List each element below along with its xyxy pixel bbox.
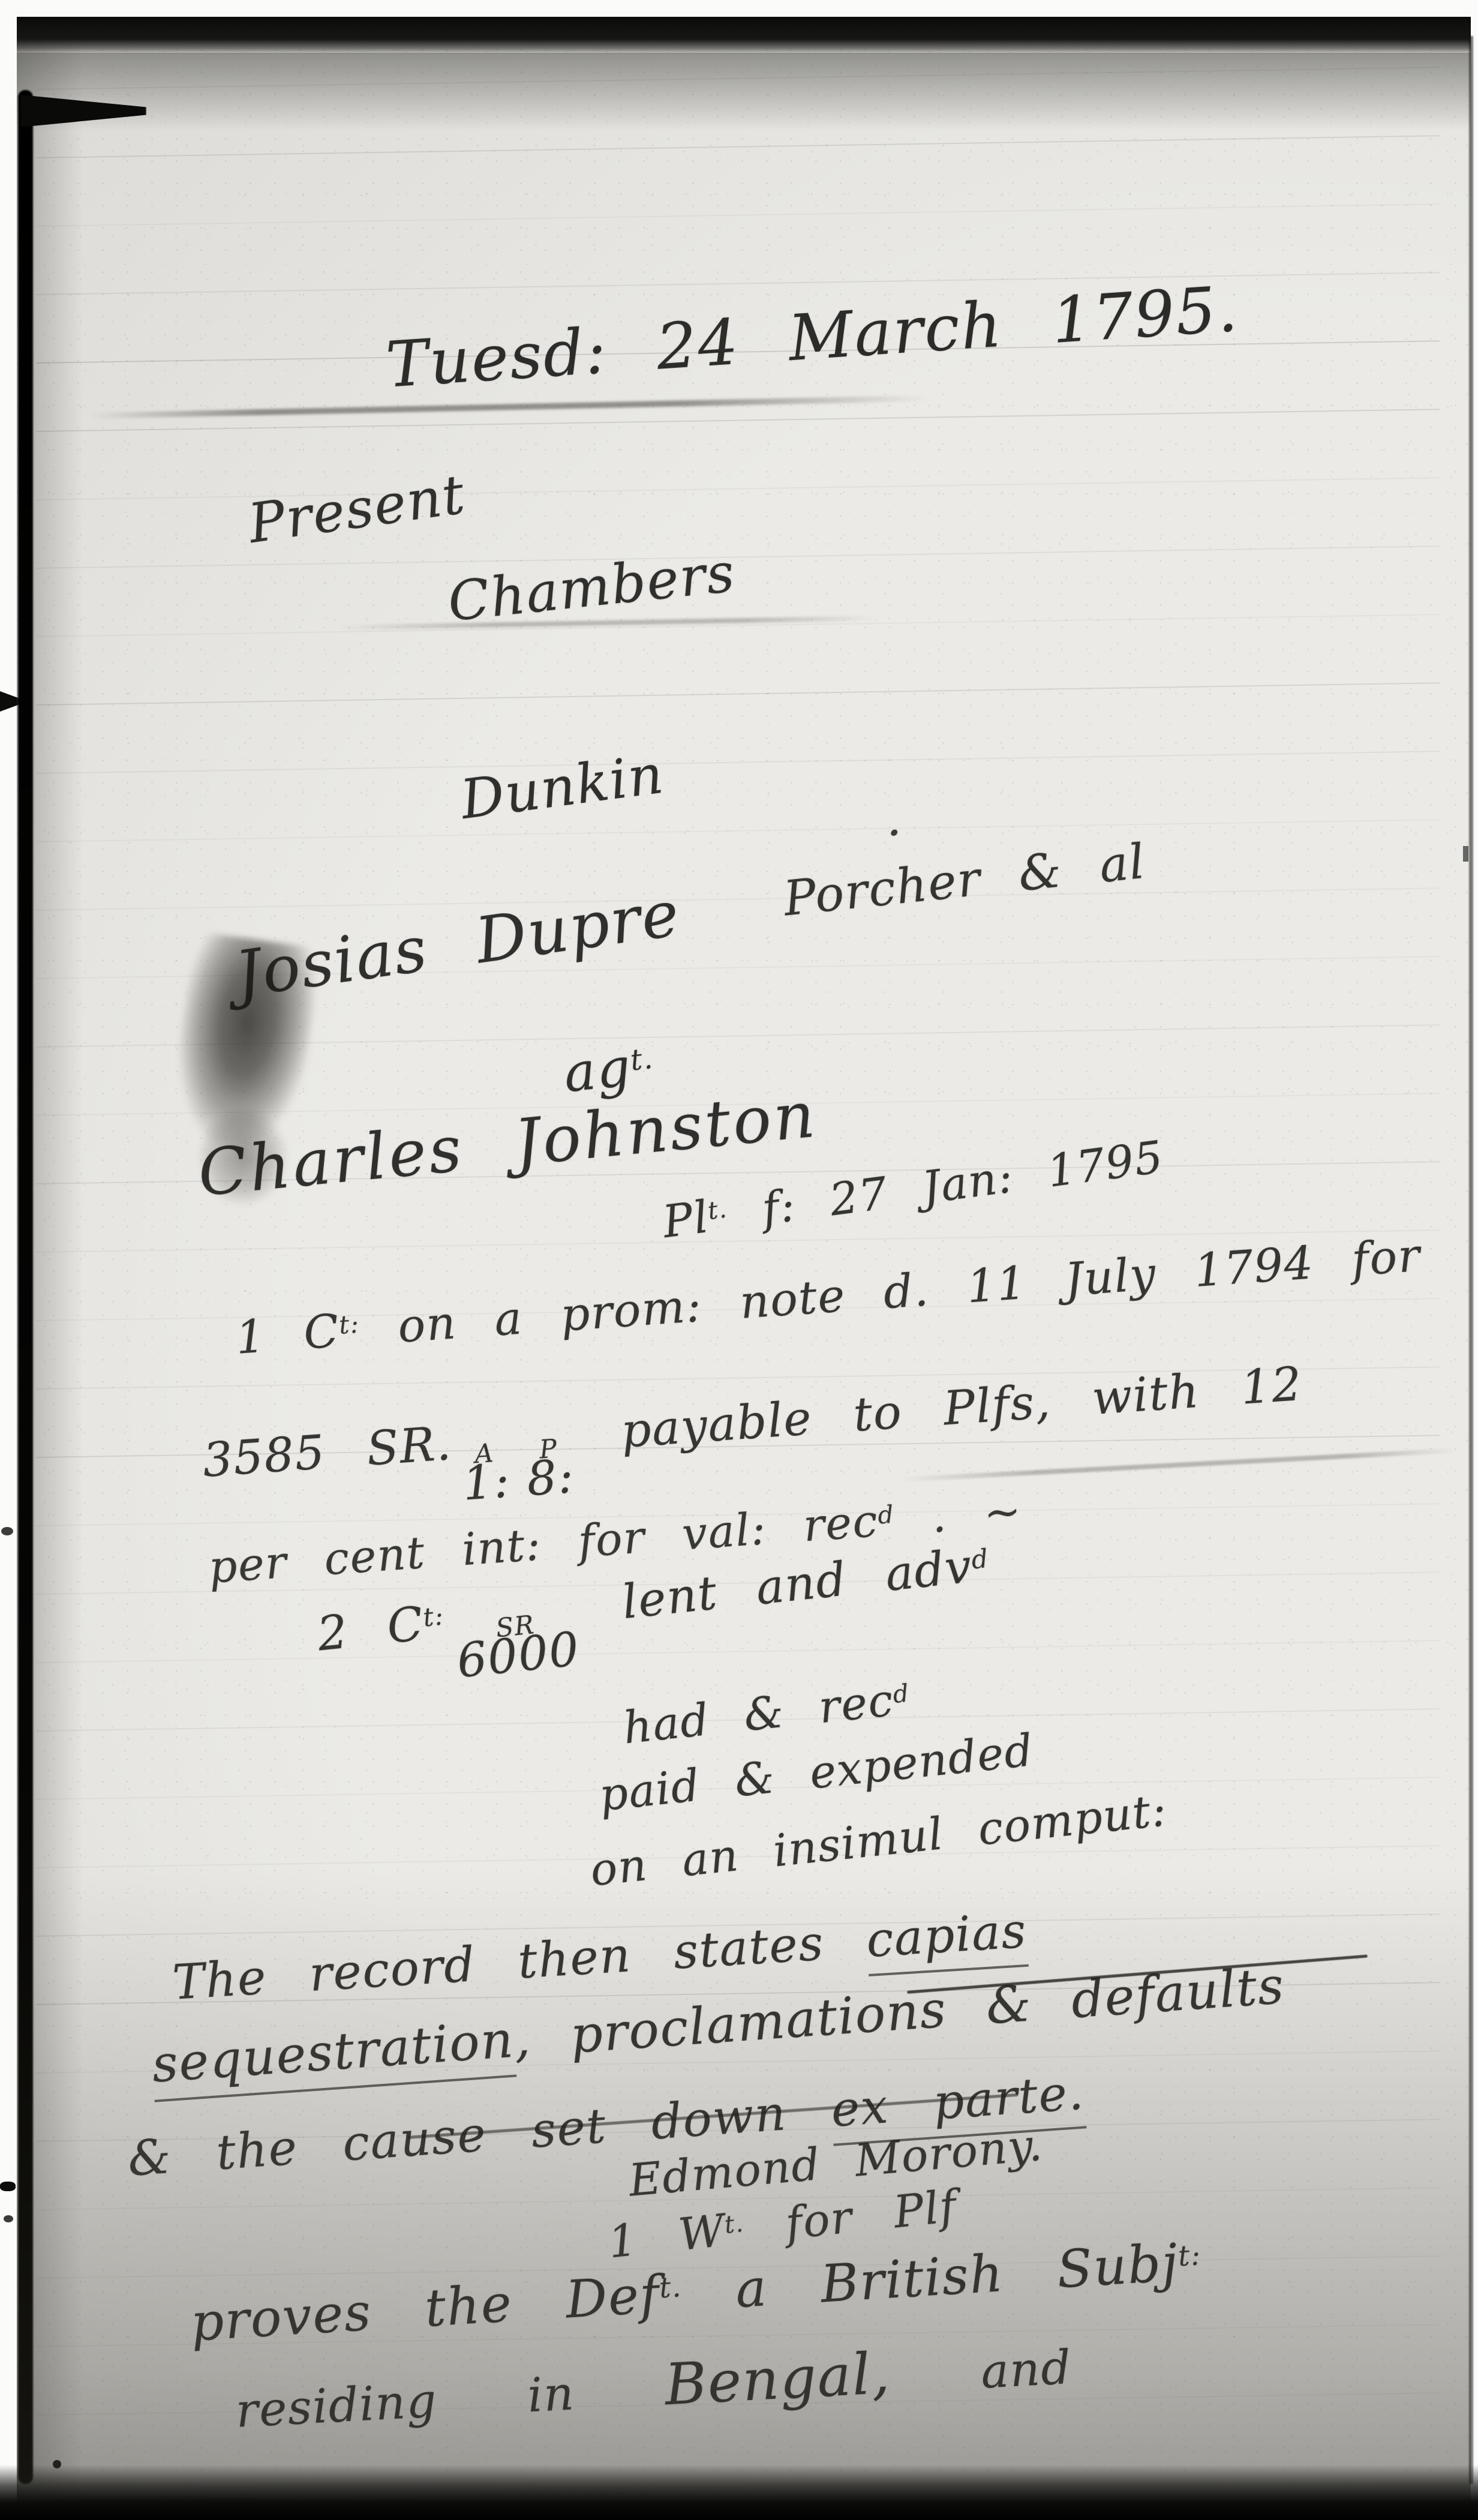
stray-period: . [887,791,903,847]
margin-mark-2 [1,1527,13,1535]
states-underlined: capias [865,1903,1029,1976]
top-edge-band [17,17,1471,54]
rupees-stack: SR6000 [453,1611,581,1680]
count2-num: 2 C [315,1597,426,1661]
ink-blot-small [198,1107,288,1206]
pice-value: 8: [525,1459,575,1498]
count1-num: 1 C [234,1304,341,1364]
residing-tail: and [889,2341,1073,2404]
count2-lent-sup: d [970,1544,990,1576]
versus-sup: t. [629,1042,655,1078]
annas-stack: A1: [460,1443,511,1503]
manuscript-scan: Tuesd: 24 March 1795. Present Chambers D… [0,0,1478,2520]
interest-sup: d [877,1500,896,1530]
residing-place: Bengal, [663,2341,892,2419]
filed-base: Pl [660,1191,712,1248]
margin-mark-4 [4,2215,13,2222]
witness-sup: t. [723,2209,745,2239]
pice-stack: P8: [524,1438,575,1498]
margin-mark-6 [1463,846,1468,862]
versus-base: ag [561,1036,634,1104]
had-sup: d [891,1678,911,1709]
proves-sup2: t: [1177,2239,1203,2273]
margin-mark-3 [0,2182,16,2191]
proves-sup: t. [659,2270,683,2305]
annas-value: 1: [461,1463,511,1502]
rupees-value: 6000 [455,1631,581,1680]
right-edge-line [1469,36,1473,2484]
top-edge-shadow [17,53,1471,131]
interest-tail: . ~ [893,1485,1023,1546]
count2-num-sup: t: [422,1601,446,1633]
bottom-edge-band [0,2465,1478,2520]
count1-num-sup: t: [338,1309,361,1340]
left-gutter-shadow [18,90,33,2484]
